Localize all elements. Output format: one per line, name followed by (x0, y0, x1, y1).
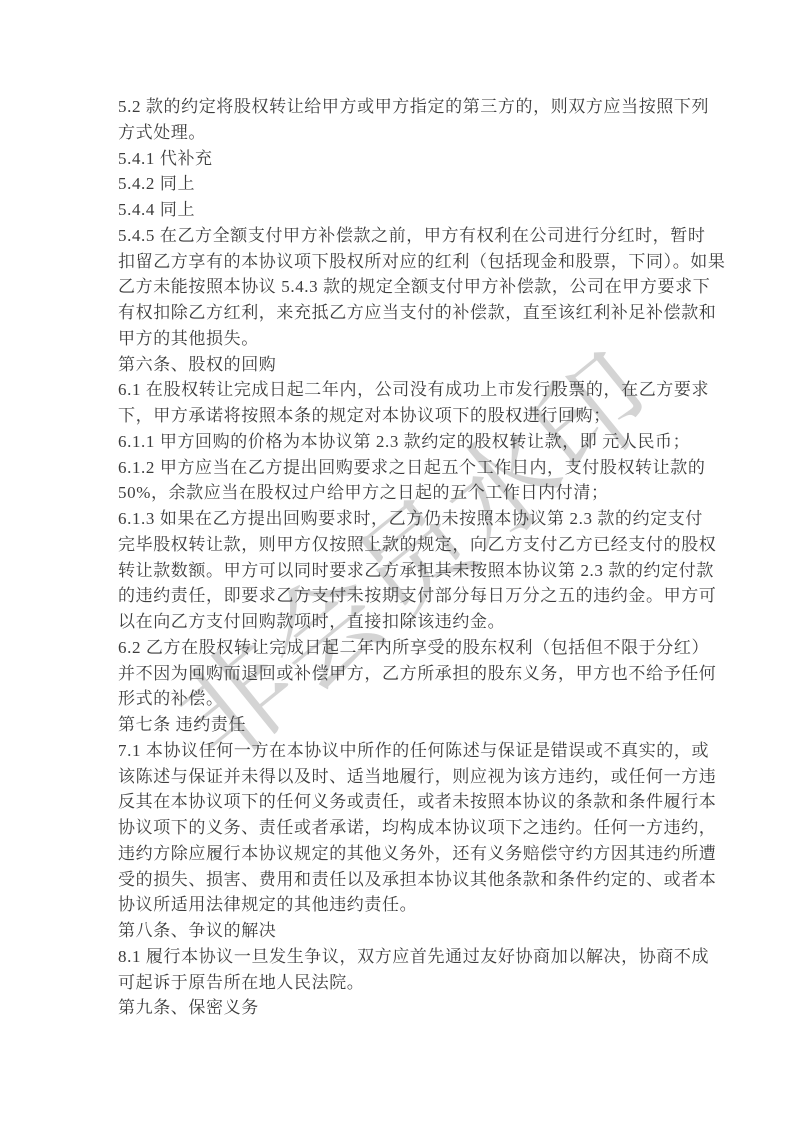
document-line: 的违约责任，即要求乙方支付未按期支付部分每日万分之五的违约金。甲方可 (118, 583, 690, 609)
document-line: 6.2 乙方在股权转让完成日起二年内所享受的股东权利（包括但不限于分红） (118, 635, 690, 661)
document-line: 5.4.2 同上 (118, 171, 690, 197)
contract-page-screenshot: { "colors": { "background": "#ffffff", "… (0, 0, 800, 1132)
document-line: 并不因为回购而退回或补偿甲方，乙方所承担的股东义务，甲方也不给予任何 (118, 661, 690, 687)
document-line: 甲方的其他损失。 (118, 326, 690, 352)
document-line: 5.4.4 同上 (118, 197, 690, 223)
document-line: 协议所适用法律规定的其他违约责任。 (118, 892, 690, 918)
document-line: 8.1 履行本协议一旦发生争议，双方应首先通过友好协商加以解决，协商不成 (118, 944, 690, 970)
document-line: 5.2 款的约定将股权转让给甲方或甲方指定的第三方的，则双方应当按照下列 (118, 94, 690, 120)
document-line: 第八条、争议的解决 (118, 918, 690, 944)
document-line: 6.1.2 甲方应当在乙方提出回购要求之日起五个工作日内，支付股权转让款的 (118, 455, 690, 481)
document-line: 反其在本协议项下的任何义务或责任，或者未按照本协议的条款和条件履行本 (118, 789, 690, 815)
document-line: 6.1 在股权转让完成日起二年内，公司没有成功上市发行股票的，在乙方要求 (118, 377, 690, 403)
document-line: 6.1.1 甲方回购的价格为本协议第 2.3 款约定的股权转让款，即 元人民币； (118, 429, 690, 455)
document-line: 第九条、保密义务 (118, 995, 690, 1021)
document-line: 以在向乙方支付回购款项时，直接扣除该违约金。 (118, 609, 690, 635)
document-line: 5.4.5 在乙方全额支付甲方补偿款之前，甲方有权利在公司进行分红时，暂时 (118, 223, 690, 249)
document-line: 50%，余款应当在股权过户给甲方之日起的五个工作日内付清； (118, 480, 690, 506)
document-line: 有权扣除乙方红利，来充抵乙方应当支付的补偿款，直至该红利补足补偿款和 (118, 300, 690, 326)
document-line: 完毕股权转让款，则甲方仅按照上款的规定，向乙方支付乙方已经支付的股权 (118, 532, 690, 558)
document-line: 乙方未能按照本协议 5.4.3 款的规定全额支付甲方补偿款，公司在甲方要求下 (118, 274, 690, 300)
document-line: 该陈述与保证并未得以及时、适当地履行，则应视为该方违约，或任何一方违 (118, 764, 690, 790)
document-line: 第六条、股权的回购 (118, 352, 690, 378)
document-line: 形式的补偿。 (118, 686, 690, 712)
document-body: 5.2 款的约定将股权转让给甲方或甲方指定的第三方的，则双方应当按照下列方式处理… (118, 94, 690, 1021)
document-line: 第七条 违约责任 (118, 712, 690, 738)
document-line: 转让款数额。甲方可以同时要求乙方承担其未按照本协议第 2.3 款的约定付款 (118, 558, 690, 584)
document-line: 受的损失、损害、费用和责任以及承担本协议其他条款和条件约定的、或者本 (118, 867, 690, 893)
document-line: 协议项下的义务、责任或者承诺，均构成本协议项下之违约。任何一方违约， (118, 815, 690, 841)
document-line: 5.4.1 代补充 (118, 146, 690, 172)
document-line: 扣留乙方享有的本协议项下股权所对应的红利（包括现金和股票，下同）。如果 (118, 249, 690, 275)
document-line: 7.1 本协议任何一方在本协议中所作的任何陈述与保证是错误或不真实的，或 (118, 738, 690, 764)
document-line: 6.1.3 如果在乙方提出回购要求时，乙方仍未按照本协议第 2.3 款的约定支付 (118, 506, 690, 532)
document-line: 违约方除应履行本协议规定的其他义务外，还有义务赔偿守约方因其违约所遭 (118, 841, 690, 867)
document-line: 下，甲方承诺将按照本条的规定对本协议项下的股权进行回购； (118, 403, 690, 429)
document-page: 非会员水印 5.2 款的约定将股权转让给甲方或甲方指定的第三方的，则双方应当按照… (0, 0, 800, 1132)
document-line: 方式处理。 (118, 120, 690, 146)
document-line: 可起诉于原告所在地人民法院。 (118, 970, 690, 996)
